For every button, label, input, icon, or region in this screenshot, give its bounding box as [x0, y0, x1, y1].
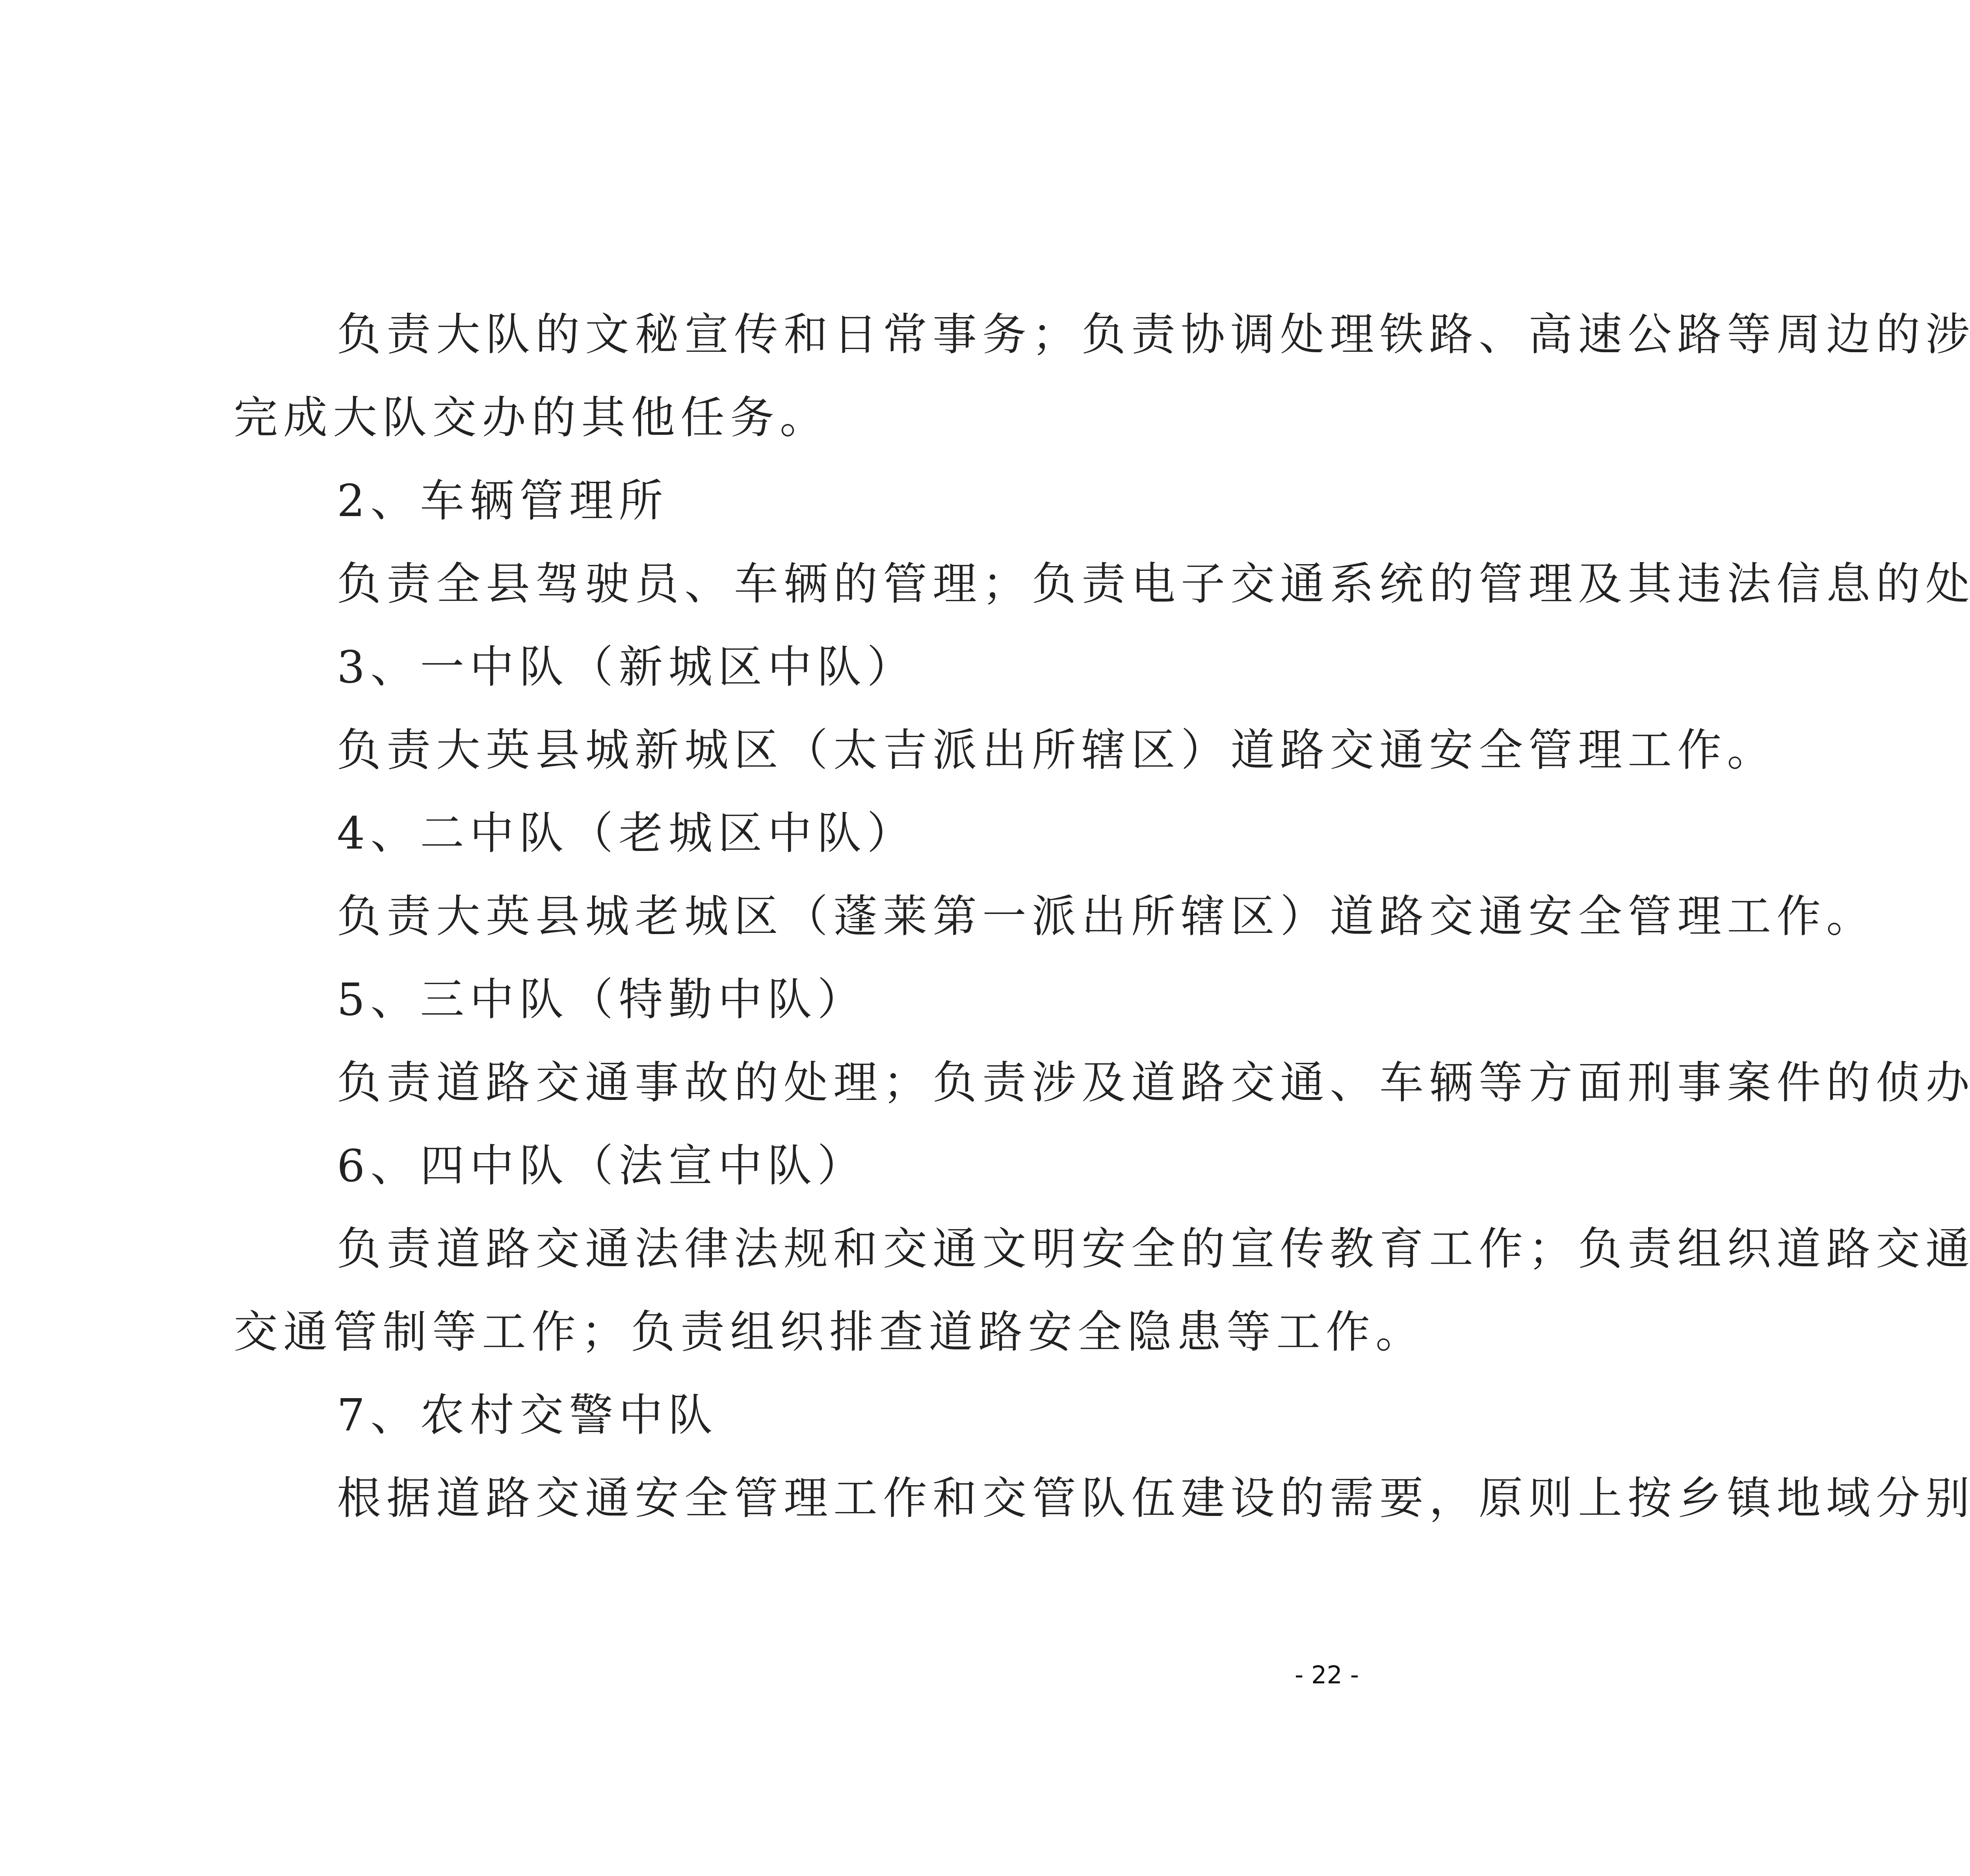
- paragraph-line: 负责全县驾驶员、车辆的管理；负责电子交通系统的管理及其违法信息的处理。: [234, 543, 1970, 626]
- paragraph-line: 交通管制等工作；负责组织排查道路安全隐患等工作。: [234, 1291, 1970, 1374]
- document-body: 负责大队的文秘宣传和日常事务；负责协调处理铁路、高速公路等周边的涉车涉路安全管理…: [234, 293, 1970, 1540]
- section-heading-squad-3: 5、三中队（特勤中队）: [234, 958, 1970, 1042]
- section-heading-squad-4: 6、四中队（法宣中队）: [234, 1125, 1970, 1208]
- section-heading-rural-squad: 7、农村交警中队: [234, 1374, 1970, 1457]
- paragraph-line: 负责道路交通法律法规和交通文明安全的宣传教育工作；负责组织道路交通开道、安保、警…: [234, 1208, 1970, 1291]
- section-heading-squad-1: 3、一中队（新城区中队）: [234, 626, 1970, 709]
- paragraph-line: 完成大队交办的其他任务。: [234, 377, 1970, 460]
- section-heading-squad-2: 4、二中队（老城区中队）: [234, 792, 1970, 875]
- paragraph-line: 根据道路交通安全管理工作和交管队伍建设的需要，原则上按乡镇地域分别设立9个中队（…: [234, 1457, 1970, 1540]
- page-number: - 22 -: [0, 1661, 1970, 1689]
- paragraph-line: 负责大英县城新城区（太吉派出所辖区）道路交通安全管理工作。: [234, 709, 1970, 792]
- paragraph-line: 负责道路交通事故的处理；负责涉及道路交通、车辆等方面刑事案件的侦办。: [234, 1042, 1970, 1125]
- document-page: 负责大队的文秘宣传和日常事务；负责协调处理铁路、高速公路等周边的涉车涉路安全管理…: [0, 0, 1970, 1876]
- paragraph-line: 负责大队的文秘宣传和日常事务；负责协调处理铁路、高速公路等周边的涉车涉路安全管理…: [234, 293, 1970, 377]
- paragraph-line: 负责大英县城老城区（蓬莱第一派出所辖区）道路交通安全管理工作。: [234, 875, 1970, 958]
- section-heading-vehicle-management: 2、车辆管理所: [234, 460, 1970, 543]
